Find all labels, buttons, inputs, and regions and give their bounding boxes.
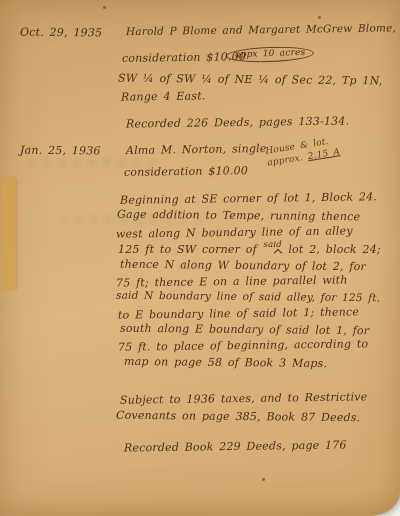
scanned-page: { "colors": { "background": "#f1efe9", "… xyxy=(0,0,400,516)
paper-speck xyxy=(318,16,321,19)
entry2-grantee: Alma M. Norton, single xyxy=(126,142,267,157)
tape-strip xyxy=(2,178,16,290)
paper-speck xyxy=(103,6,106,9)
entry2-desc-line4: 125 ft to SW corner of said lot 2, block… xyxy=(118,243,381,256)
entry2-date: Jan. 25, 1936 xyxy=(20,144,101,158)
paper-speck xyxy=(262,478,265,481)
entry2-subject-line2: Covenants on page 385, Book 87 Deeds. xyxy=(116,409,360,425)
desc-line4-post: lot 2, block 24; xyxy=(288,243,380,256)
desc-line4-inserted-word: said xyxy=(264,240,282,250)
entry2-desc-line5: thence N along W boundary of lot 2, for xyxy=(120,258,366,274)
entry1-date: Oct. 29, 1935 xyxy=(20,26,102,40)
desc-line4-pre: 125 ft to SW corner of xyxy=(118,243,257,256)
entry1-legal-line1: SW ¼ of SW ¼ of NE ¼ of Sec 22, Tp 1N, xyxy=(118,72,383,88)
entry2-desc-line9: south along E boundary of said lot 1, fo… xyxy=(120,322,369,338)
entry2-consideration: consideration $10.00 xyxy=(124,164,248,179)
entry2-desc-line11: map on page 58 of Book 3 Maps. xyxy=(124,355,327,370)
entry1-legal-line2: Range 4 East. xyxy=(121,89,206,103)
entry2-desc-line2: Gage addition to Tempe, running thence xyxy=(117,208,360,224)
caret-insertion-mark xyxy=(273,249,281,257)
